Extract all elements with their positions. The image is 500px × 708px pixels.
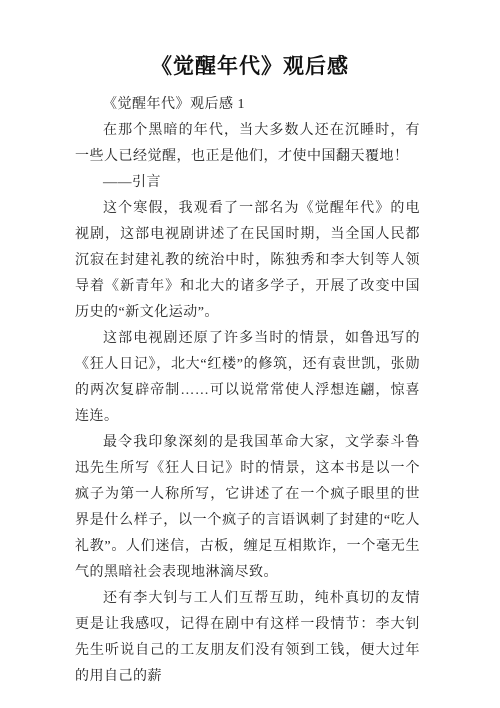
paragraph-subtitle: 《觉醒年代》观后感 1: [75, 92, 420, 118]
paragraph-body-3: 最令我印象深刻的是我国革命大家，文学泰斗鲁迅先生所写《狂人日记》时的情景，这本书…: [75, 430, 420, 586]
paragraph-epigraph: ——引言: [75, 170, 420, 196]
document-page: 《觉醒年代》观后感 《觉醒年代》观后感 1 在那个黑暗的年代，当大多数人还在沉睡…: [0, 0, 500, 708]
document-body: 《觉醒年代》观后感 1 在那个黑暗的年代，当大多数人还在沉睡时，有一些人已经觉醒…: [75, 92, 420, 690]
paragraph-body-2: 这部电视剧还原了许多当时的情景，如鲁迅写的《狂人日记》，北大“红楼”的修筑，还有…: [75, 326, 420, 430]
document-title: 《觉醒年代》观后感: [0, 53, 500, 81]
paragraph-body-1: 这个寒假，我观看了一部名为《觉醒年代》的电视剧，这部电视剧讲述了在民国时期，当全…: [75, 196, 420, 326]
paragraph-body-4: 还有李大钊与工人们互帮互助，纯朴真切的友情更是让我感叹，记得在剧中有这样一段情节…: [75, 586, 420, 690]
paragraph-intro: 在那个黑暗的年代，当大多数人还在沉睡时，有一些人已经觉醒，也正是他们，才使中国翻…: [75, 118, 420, 170]
